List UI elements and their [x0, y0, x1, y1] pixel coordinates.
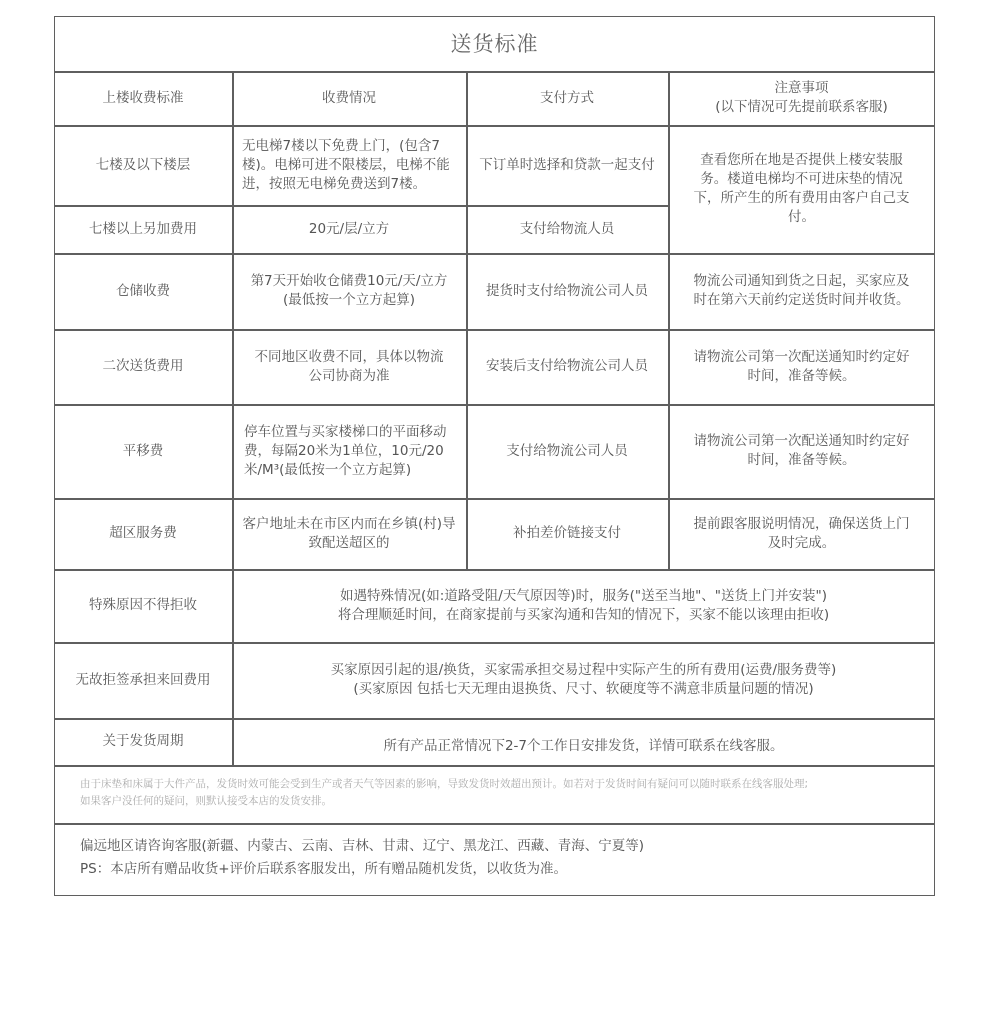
- row-notice: 物流公司通知到货之日起，买家应及时在第六天前约定送货时间并收货。: [668, 253, 935, 329]
- row-charge: 客户地址未在市区内而在乡镇(村)导致配送超区的: [232, 498, 466, 569]
- row-charge: 第7天开始收仓储费10元/天/立方 (最低按一个立方起算): [232, 253, 466, 329]
- row-item: 无故拒签承担来回费用: [54, 642, 232, 718]
- row-payment: 安装后支付给物流公司人员: [466, 329, 668, 404]
- gift-ps-note: PS：本店所有赠品收货+评价后联系客服发出，所有赠品随机发货，以收货为准。: [80, 858, 920, 881]
- row-notice: 请物流公司第一次配送通知时约定好时间，准备等候。: [668, 329, 935, 404]
- row-charge: 不同地区收费不同，具体以物流公司协商为准: [232, 329, 466, 404]
- row-item: 七楼以上另加费用: [54, 205, 232, 253]
- row-notice-merged: 查看您所在地是否提供上楼安装服务。楼道电梯均不可进床垫的情况下，所产生的所有费用…: [668, 125, 935, 253]
- row-detail: 如遇特殊情况(如:道路受阻/天气原因等)时，服务("送至当地"、"送货上门并安装…: [232, 569, 935, 642]
- footnote-line: 由于床垫和床属于大件产品，发货时效可能会受到生产或者天气等因素的影响，导致发货时…: [80, 776, 910, 793]
- row-item: 关于发货周期: [54, 718, 232, 765]
- row-detail: 买家原因引起的退/换货，买家需承担交易过程中实际产生的所有费用(运费/服务费等)…: [232, 642, 935, 718]
- divider: [54, 823, 935, 825]
- header-notice-title: 注意事项: [775, 79, 829, 98]
- row-payment: 提货时支付给物流公司人员: [466, 253, 668, 329]
- row-payment: 支付给物流人员: [466, 205, 668, 253]
- row-detail-line: (买家原因 包括七天无理由退换货、尺寸、软硬度等不满意非质量问题的情况): [353, 680, 813, 699]
- row-notice: 提前跟客服说明情况，确保送货上门及时完成。: [668, 498, 935, 569]
- row-payment: 下订单时选择和贷款一起支付: [466, 125, 668, 205]
- row-detail: 所有产品正常情况下2-7个工作日安排发货，详情可联系在线客服。: [232, 718, 935, 765]
- row-payment: 补拍差价链接支付: [466, 498, 668, 569]
- row-detail-line: 将合理顺延时间，在商家提前与买家沟通和告知的情况下，买家不能以该理由拒收): [338, 606, 829, 625]
- header-notice-subtitle: (以下情况可先提前联系客服): [715, 98, 888, 117]
- row-detail-line: 如遇特殊情况(如:道路受阻/天气原因等)时，服务("送至当地"、"送货上门并安装…: [340, 587, 827, 606]
- row-detail-line: 买家原因引起的退/换货，买家需承担交易过程中实际产生的所有费用(运费/服务费等): [331, 661, 837, 680]
- row-charge-line: (最低按一个立方起算): [283, 291, 415, 310]
- header-notice: 注意事项 (以下情况可先提前联系客服): [668, 71, 935, 125]
- row-notice: 请物流公司第一次配送通知时约定好时间，准备等候。: [668, 404, 935, 498]
- row-item: 仓储收费: [54, 253, 232, 329]
- header-payment: 支付方式: [466, 71, 668, 125]
- header-floor-standard: 上楼收费标准: [54, 71, 232, 125]
- row-charge: 无电梯7楼以下免费上门，(包含7楼)。电梯可进不限楼层，电梯不能进，按照无电梯免…: [232, 125, 466, 205]
- row-charge: 20元/层/立方: [232, 205, 466, 253]
- row-item: 平移费: [54, 404, 232, 498]
- remote-areas-note: 偏远地区请咨询客服(新疆、内蒙古、云南、吉林、甘肃、辽宁、黑龙江、西藏、青海、宁…: [80, 835, 920, 858]
- header-charge: 收费情况: [232, 71, 466, 125]
- bottom-notes: 偏远地区请咨询客服(新疆、内蒙古、云南、吉林、甘肃、辽宁、黑龙江、西藏、青海、宁…: [80, 835, 920, 881]
- row-charge-line: 第7天开始收仓储费10元/天/立方: [251, 272, 448, 291]
- row-charge: 停车位置与买家楼梯口的平面移动费，每隔20米为1单位，10元/20米/M³(最低…: [232, 404, 466, 498]
- divider: [54, 765, 935, 767]
- row-item: 七楼及以下楼层: [54, 125, 232, 205]
- footnote-line: 如果客户没任何的疑问，则默认接受本店的发货安排。: [80, 793, 910, 810]
- page-title: 送货标准: [54, 16, 935, 72]
- row-item: 特殊原因不得拒收: [54, 569, 232, 642]
- row-item: 超区服务费: [54, 498, 232, 569]
- row-payment: 支付给物流公司人员: [466, 404, 668, 498]
- row-item: 二次送货费用: [54, 329, 232, 404]
- shipping-footnote: 由于床垫和床属于大件产品，发货时效可能会受到生产或者天气等因素的影响，导致发货时…: [80, 776, 910, 810]
